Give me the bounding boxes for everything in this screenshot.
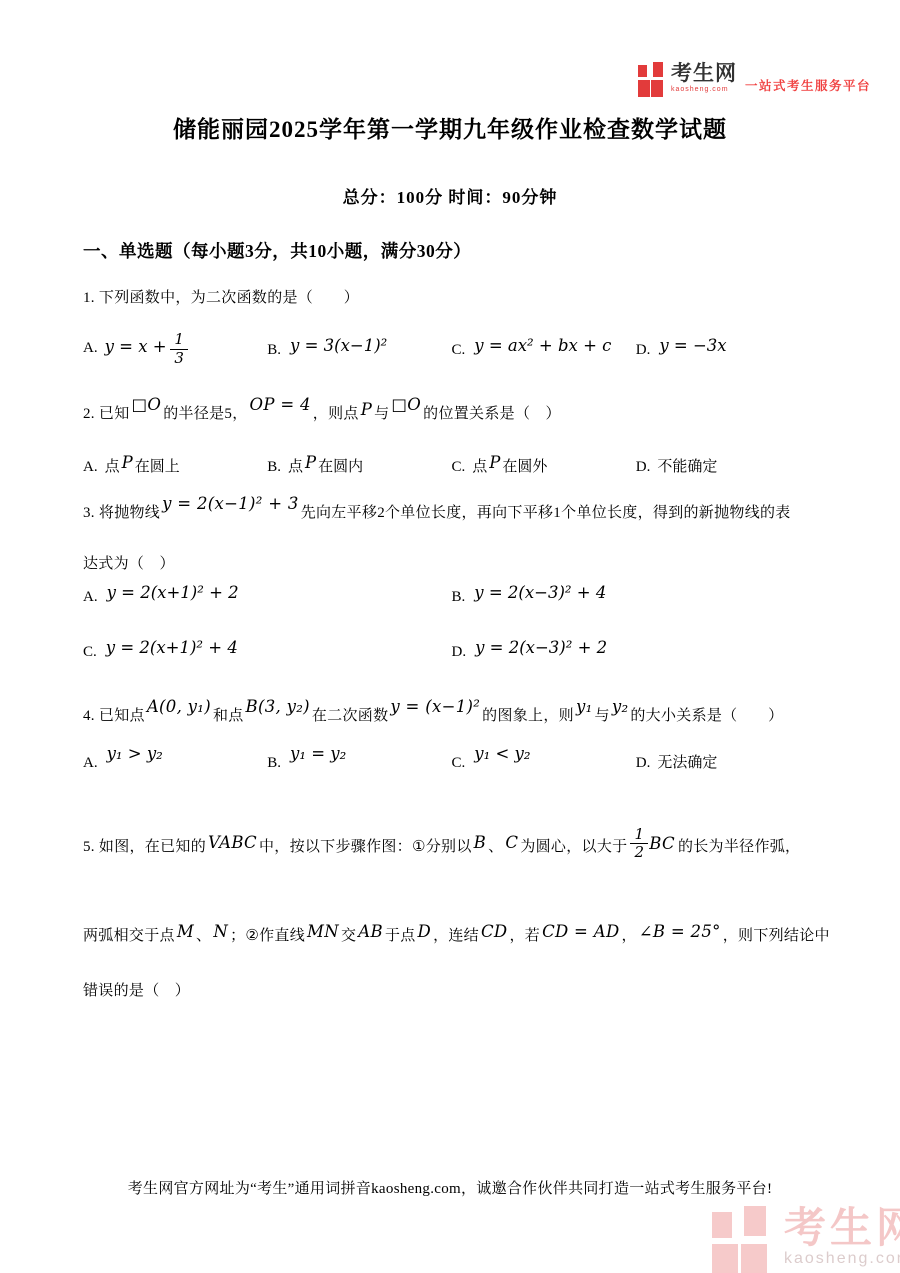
option-label: A.	[83, 755, 98, 771]
option-label: D.	[636, 342, 651, 358]
text-segment: 先向左平移2个单位长度，再向下平移1个单位长度，得到的新抛物线的表	[301, 505, 791, 521]
math-formula: y₁ > y₂	[105, 744, 165, 763]
text-segment: 交	[341, 928, 356, 944]
fraction-denominator: 3	[170, 350, 188, 367]
math-formula: B(3, y₂)	[244, 694, 312, 720]
brand-name: 考生网	[671, 62, 737, 86]
watermark-brand-domain: kaosheng.com	[784, 1250, 900, 1268]
text-segment: 不能确定	[657, 459, 717, 475]
text-segment: 5. 如图，在已知的	[83, 839, 206, 855]
text-segment: 无法确定	[657, 755, 717, 771]
text-segment: 两弧相交于点	[83, 928, 175, 944]
option-label: B.	[267, 755, 281, 771]
footer-promo-text: 考生网官方网址为“考生”通用词拼音kaosheng.com，诚邀合作伙伴共同打造…	[0, 1177, 900, 1198]
option-label: A.	[83, 459, 98, 475]
text-segment: 2. 已知	[83, 406, 130, 422]
math-formula: P	[120, 453, 135, 472]
option-label: A.	[83, 589, 98, 605]
math-formula: A(0, y₁)	[145, 694, 213, 720]
question-5-text-line1: 5. 如图，在已知的VABC中，按以下步骤作图：①分别以B、C为圆心，以大于12…	[83, 833, 823, 874]
question-3-options-row2: C.y = 2(x+1)² + 4 D.y = 2(x−3)² + 2	[83, 641, 820, 661]
q1-option-b: B.y = 3(x−1)²	[267, 339, 451, 359]
math-formula: AB	[356, 919, 385, 945]
question-3-options-row1: A.y = 2(x+1)² + 2 B.y = 2(x−3)² + 4	[83, 586, 820, 606]
math-formula: CD = AD	[540, 919, 621, 945]
fraction: 12	[630, 826, 648, 862]
math-formula: y = (x−1)²	[388, 694, 482, 720]
math-formula: □O	[389, 392, 423, 418]
math-formula: N	[211, 919, 230, 945]
q2-option-d: D.不能确定	[636, 455, 820, 476]
math-formula: D	[416, 919, 434, 945]
math-formula: C	[503, 830, 520, 856]
text-segment: 在二次函数	[312, 708, 389, 724]
half-bc-fraction: 12BC	[630, 826, 675, 862]
text-segment: 为圆心，以大于	[520, 839, 627, 855]
watermark-brand-name: 考生网	[784, 1206, 900, 1250]
text-segment: ，则点	[313, 406, 359, 422]
kaosheng-logo-icon	[638, 62, 666, 98]
math-formula: VABC	[206, 830, 259, 856]
math-formula: OP = 4	[248, 392, 313, 418]
text-segment: 在圆上	[135, 459, 180, 475]
text-segment: ，则下列结论中	[723, 928, 830, 944]
brand-text-block: 考生网 kaosheng.com	[671, 62, 737, 94]
q3-option-a: A.y = 2(x+1)² + 2	[83, 586, 452, 606]
text-segment: 点	[472, 459, 487, 475]
math-formula: MN	[305, 919, 341, 945]
fraction-numerator: 1	[170, 331, 188, 349]
text-segment: 的大小关系是（ ）	[630, 708, 783, 724]
math-formula: y₁ = y₂	[288, 744, 348, 763]
text-segment: 和点	[213, 708, 244, 724]
text-segment: 点	[288, 459, 303, 475]
text-segment: ，	[621, 928, 636, 944]
watermark-text-block: 考生网 kaosheng.com	[784, 1206, 900, 1268]
math-formula: P	[359, 397, 374, 423]
q1-option-a: A.y = x + 13	[83, 331, 267, 367]
text-segment: 4. 已知点	[83, 708, 145, 724]
exam-paper-page: 考生网 kaosheng.com 一站式考生服务平台 储能丽园2025学年第一学…	[0, 0, 900, 1273]
kaosheng-logo-icon	[712, 1206, 774, 1273]
text-segment: 与	[374, 406, 389, 422]
option-label: C.	[452, 342, 466, 358]
text-segment: 、	[488, 839, 503, 855]
question-3-text-line1: 3. 将抛物线y = 2(x−1)² + 3先向左平移2个单位长度，再向下平移1…	[83, 499, 823, 526]
math-formula: ∠B = 25°	[637, 919, 723, 945]
text-segment: ，连结	[433, 928, 479, 944]
text-segment: 的位置关系是（ ）	[423, 406, 561, 422]
option-label: D.	[636, 755, 651, 771]
math-formula: y = ax² + bx + c	[472, 336, 613, 355]
math-formula: y = 2(x+1)² + 2	[105, 583, 241, 602]
question-5-text-line3: 错误的是（ ）	[83, 978, 823, 1004]
option-label: B.	[452, 589, 466, 605]
q2-option-b: B.点P在圆内	[267, 455, 451, 476]
q4-option-a: A.y₁ > y₂	[83, 752, 267, 772]
exam-title: 储能丽园2025学年第一学期九年级作业检查数学试题	[0, 111, 900, 144]
option-label: C.	[452, 459, 466, 475]
text-segment: 的半径是5，	[163, 406, 247, 422]
text-segment: 的长为半径作弧，	[678, 839, 800, 855]
q2-option-c: C.点P在圆外	[452, 455, 636, 476]
q1-option-d: D.y = −3x	[636, 339, 820, 359]
question-3-text-line2: 达式为（ ）	[83, 551, 823, 577]
math-formula: BC	[649, 831, 675, 857]
text-segment: 点	[105, 459, 120, 475]
text-segment: ，若	[509, 928, 540, 944]
math-formula: P	[303, 453, 318, 472]
q1-option-c: C.y = ax² + bx + c	[452, 339, 636, 359]
fraction: 13	[170, 331, 188, 367]
math-formula: CD	[479, 919, 509, 945]
math-formula: y₁	[574, 694, 595, 720]
math-formula: P	[487, 453, 502, 472]
q3-option-d: D.y = 2(x−3)² + 2	[452, 641, 821, 661]
q4-option-d: D.无法确定	[636, 751, 820, 772]
math-formula: y = 2(x−3)² + 4	[472, 583, 608, 602]
question-4-options: A.y₁ > y₂ B.y₁ = y₂ C.y₁ < y₂ D.无法确定	[83, 751, 820, 772]
kaosheng-brand-header: 考生网 kaosheng.com 一站式考生服务平台	[638, 62, 871, 98]
text-segment: 3. 将抛物线	[83, 505, 160, 521]
math-formula: y = 2(x−3)² + 2	[473, 638, 609, 657]
option-label: D.	[452, 644, 467, 660]
section-1-heading: 一、单选题（每小题3分，共10小题，满分30分）	[83, 238, 471, 263]
q4-option-b: B.y₁ = y₂	[267, 752, 451, 772]
math-formula: B	[472, 830, 488, 856]
q2-option-a: A.点P在圆上	[83, 455, 267, 476]
text-segment: 的图象上，则	[482, 708, 574, 724]
math-formula: y = x +	[105, 337, 167, 356]
math-formula: M	[175, 919, 196, 945]
brand-domain: kaosheng.com	[671, 86, 737, 94]
option-label: B.	[267, 459, 281, 475]
math-formula: y₁ < y₂	[472, 744, 532, 763]
option-label: D.	[636, 459, 651, 475]
option-label: C.	[452, 755, 466, 771]
question-2-text: 2. 已知□O的半径是5，OP = 4，则点P与□O的位置关系是（ ）	[83, 400, 823, 427]
text-segment: 在圆外	[502, 459, 547, 475]
question-1-options: A.y = x + 13 B.y = 3(x−1)² C.y = ax² + b…	[83, 322, 820, 376]
question-2-options: A.点P在圆上 B.点P在圆内 C.点P在圆外 D.不能确定	[83, 455, 820, 476]
question-1-text: 1. 下列函数中，为二次函数的是（ ）	[83, 285, 823, 311]
math-formula: y₂	[610, 694, 631, 720]
text-segment: 于点	[385, 928, 416, 944]
q3-option-b: B.y = 2(x−3)² + 4	[452, 586, 821, 606]
text-segment: 与	[595, 708, 610, 724]
text-segment: 在圆内	[318, 459, 363, 475]
q4-option-c: C.y₁ < y₂	[452, 752, 636, 772]
fraction-denominator: 2	[630, 844, 648, 861]
text-segment: 、	[196, 928, 211, 944]
text-segment: ；②作直线	[230, 928, 305, 944]
text-segment: 中，按以下步骤作图：①分别以	[259, 839, 472, 855]
option-label: B.	[267, 342, 281, 358]
math-formula: y = 2(x−1)² + 3	[160, 491, 301, 517]
exam-score-time: 总分：100分 时间：90分钟	[0, 183, 900, 208]
math-formula: □O	[130, 392, 164, 418]
option-label: A.	[83, 340, 98, 356]
brand-tagline: 一站式考生服务平台	[745, 76, 871, 94]
question-4-text: 4. 已知点A(0, y₁)和点B(3, y₂)在二次函数y = (x−1)²的…	[83, 702, 823, 729]
question-5-text-line2: 两弧相交于点M、N；②作直线MN交AB于点D，连结CD，若CD = AD，∠B …	[83, 922, 823, 949]
q3-option-c: C.y = 2(x+1)² + 4	[83, 641, 452, 661]
kaosheng-watermark: 考生网 kaosheng.com	[712, 1206, 900, 1273]
option-label: C.	[83, 644, 97, 660]
fraction-numerator: 1	[630, 826, 648, 844]
math-formula: y = 2(x+1)² + 4	[104, 638, 240, 657]
math-formula: y = 3(x−1)²	[288, 336, 389, 355]
math-formula: y = −3x	[657, 336, 728, 355]
